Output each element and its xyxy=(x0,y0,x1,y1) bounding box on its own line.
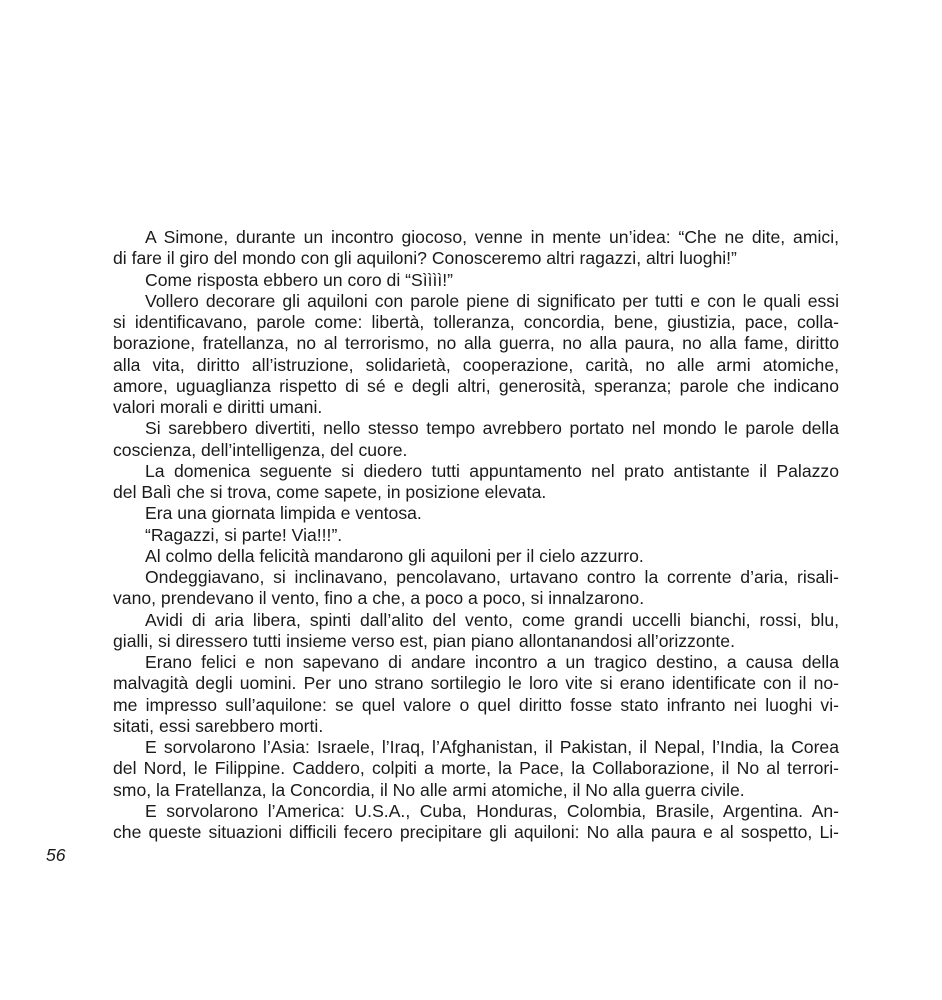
text-line: Era una giornata limpida e ventosa. xyxy=(113,503,839,524)
text-line: del Balì che si trova, come sapete, in p… xyxy=(113,482,839,503)
text-line: Ondeggiavano, si inclinavano, pencolavan… xyxy=(113,567,839,588)
text-line: amore, uguaglianza rispetto di sé e degl… xyxy=(113,376,839,397)
text-line: valori morali e diritti umani. xyxy=(113,397,839,418)
text-line: borazione, fratellanza, no al terrorismo… xyxy=(113,333,839,354)
text-line: malvagità degli uomini. Per uno strano s… xyxy=(113,673,839,694)
text-line: Al colmo della felicità mandarono gli aq… xyxy=(113,546,839,567)
text-line: alla vita, diritto all’istruzione, solid… xyxy=(113,355,839,376)
text-line: si identificavano, parole come: libertà,… xyxy=(113,312,839,333)
text-line: coscienza, dell’intelligenza, del cuore. xyxy=(113,440,839,461)
text-line: A Simone, durante un incontro giocoso, v… xyxy=(113,227,839,248)
text-line: smo, la Fratellanza, la Concordia, il No… xyxy=(113,780,839,801)
text-line: gialli, si diressero tutti insieme verso… xyxy=(113,631,839,652)
text-line: vano, prendevano il vento, fino a che, a… xyxy=(113,588,839,609)
text-line: Come risposta ebbero un coro di “Sìììì!” xyxy=(113,270,839,291)
text-line: E sorvolarono l’Asia: Israele, l’Iraq, l… xyxy=(113,737,839,758)
document-page: A Simone, durante un incontro giocoso, v… xyxy=(0,0,942,1000)
text-line: E sorvolarono l’America: U.S.A., Cuba, H… xyxy=(113,801,839,822)
page-number: 56 xyxy=(46,845,66,866)
text-line: Si sarebbero divertiti, nello stesso tem… xyxy=(113,418,839,439)
text-line: Vollero decorare gli aquiloni con parole… xyxy=(113,291,839,312)
text-line: La domenica seguente si diedero tutti ap… xyxy=(113,461,839,482)
text-line: Avidi di aria libera, spinti dall’alito … xyxy=(113,610,839,631)
text-line: “Ragazzi, si parte! Via!!!”. xyxy=(113,525,839,546)
text-line: che queste situazioni difficili fecero p… xyxy=(113,822,839,843)
text-line: di fare il giro del mondo con gli aquilo… xyxy=(113,248,839,269)
body-text: A Simone, durante un incontro giocoso, v… xyxy=(113,227,839,843)
text-line: del Nord, le Filippine. Caddero, colpiti… xyxy=(113,758,839,779)
text-line: me impresso sull’aquilone: se quel valor… xyxy=(113,695,839,716)
text-line: Erano felici e non sapevano di andare in… xyxy=(113,652,839,673)
text-line: sitati, essi sarebbero morti. xyxy=(113,716,839,737)
